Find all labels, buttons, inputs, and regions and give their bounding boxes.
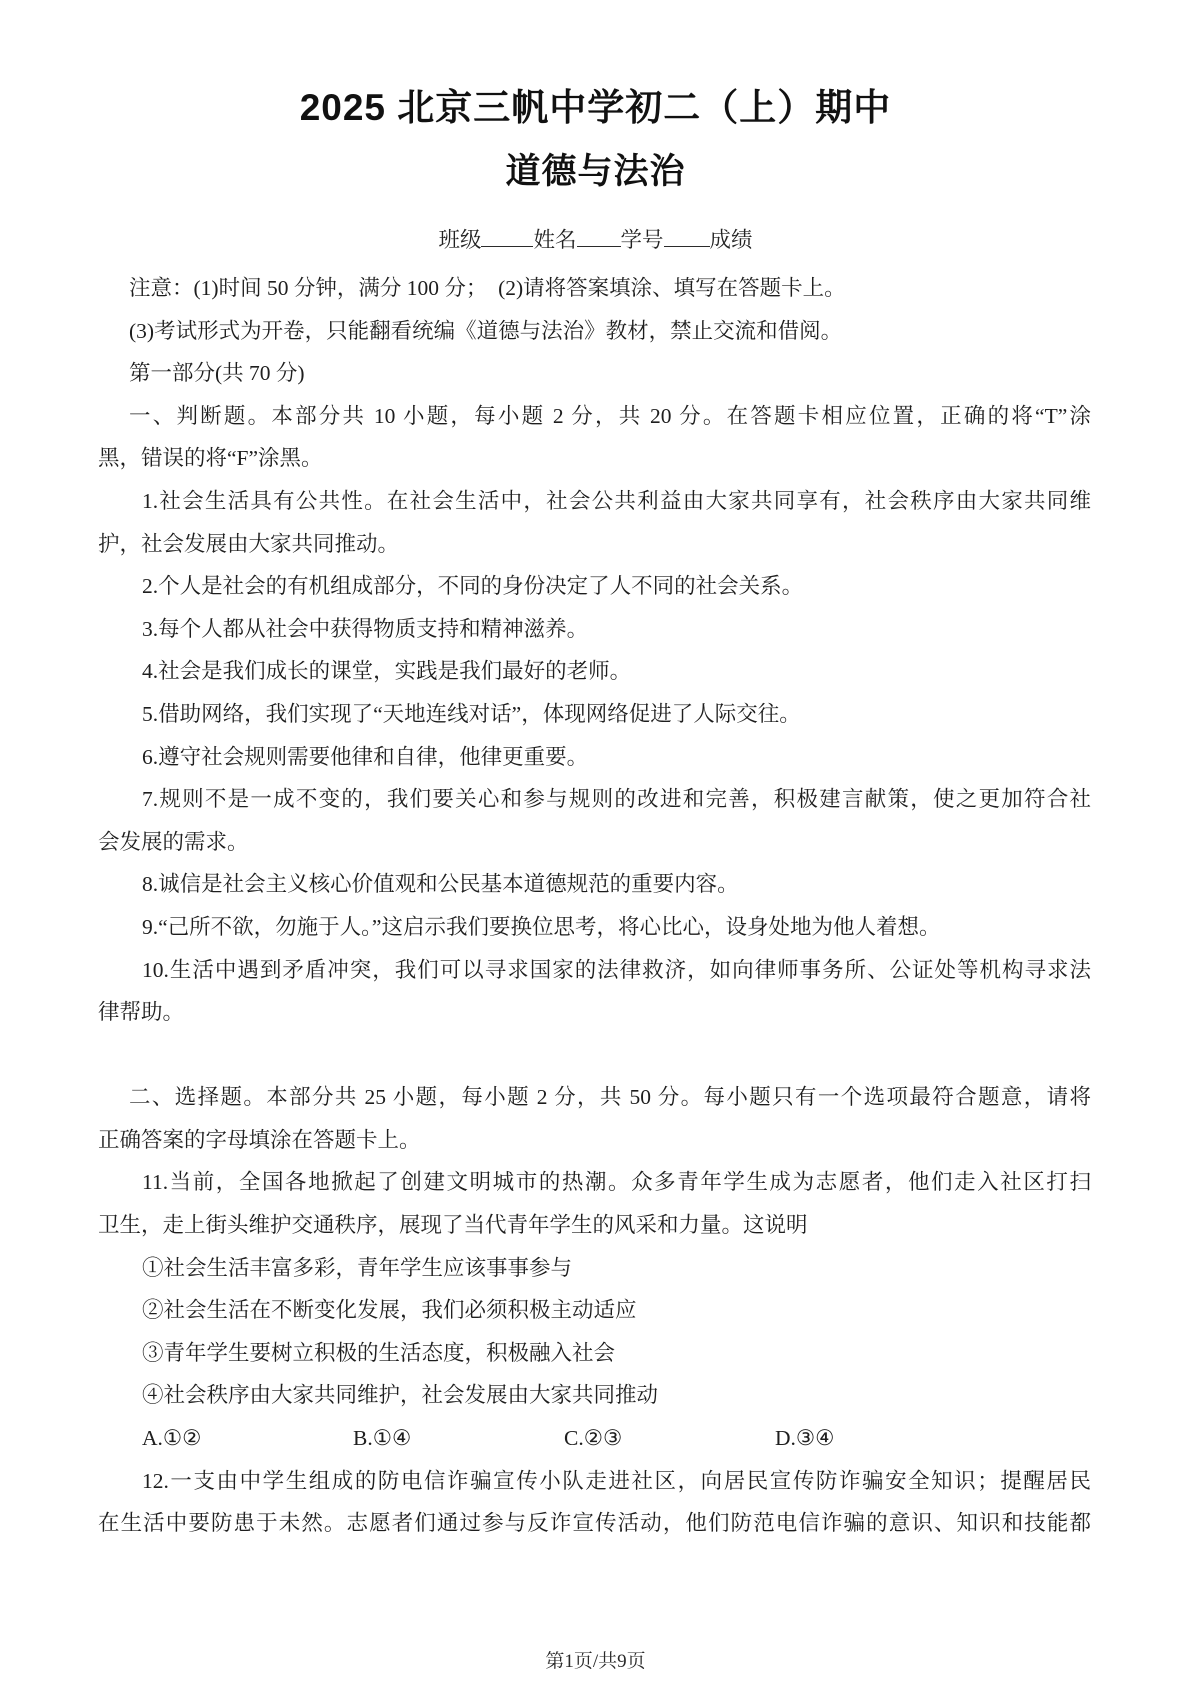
choice-option-a: A.①② — [142, 1417, 353, 1460]
question-4-line: 4.社会是我们成长的课堂，实践是我们最好的老师。 — [98, 650, 1091, 693]
student-id-label: 学号 — [621, 228, 664, 252]
question-12-stem-line: 在生活中要防患于未然。志愿者们通过参与反诈宣传活动，他们防范电信诈骗的意识、知识… — [98, 1502, 1091, 1545]
section2-intro-line: 正确答案的字母填涂在答题卡上。 — [98, 1119, 1091, 1162]
notice-line-2: (3)考试形式为开卷，只能翻看统编《道德与法治》教材，禁止交流和借阅。 — [98, 310, 1091, 353]
question-5-line: 5.借助网络，我们实现了“天地连线对话”，体现网络促进了人际交往。 — [98, 693, 1091, 736]
question-12-stem-line: 12.一支由中学生组成的防电信诈骗宣传小队走进社区，向居民宣传防诈骗安全知识；提… — [98, 1460, 1091, 1503]
part1-heading: 第一部分(共 70 分) — [98, 352, 1091, 395]
exam-subject: 道德与法治 — [0, 150, 1191, 194]
question-10-line: 10.生活中遇到矛盾冲突，我们可以寻求国家的法律救济，如向律师事务所、公证处等机… — [98, 949, 1091, 992]
question-9-line: 9.“己所不欲，勿施于人。”这启示我们要换位思考，将心比心，设身处地为他人着想。 — [98, 906, 1091, 949]
question-11-statement-2: ②社会生活在不断变化发展，我们必须积极主动适应 — [98, 1289, 1091, 1332]
class-blank-field — [481, 228, 533, 247]
section2-intro-line: 二、选择题。本部分共 25 小题，每小题 2 分，共 50 分。每小题只有一个选… — [98, 1076, 1091, 1119]
exam-title: 2025 北京三帆中学初二（上）期中 — [0, 86, 1191, 130]
question-1-line: 护，社会发展由大家共同推动。 — [98, 523, 1091, 566]
choice-option-b: B.①④ — [353, 1417, 564, 1460]
blank-line — [98, 1034, 1091, 1077]
question-8-line: 8.诚信是社会主义核心价值观和公民基本道德规范的重要内容。 — [98, 863, 1091, 906]
notice-line-1: 注意：(1)时间 50 分钟，满分 100 分； (2)请将答案填涂、填写在答题… — [98, 267, 1091, 310]
choice-option-c: C.②③ — [564, 1417, 775, 1460]
section1-intro-line: 一、判断题。本部分共 10 小题，每小题 2 分，共 20 分。在答题卡相应位置… — [98, 395, 1091, 438]
section1-intro-line: 黑，错误的将“F”涂黑。 — [98, 437, 1091, 480]
question-7-line: 会发展的需求。 — [98, 821, 1091, 864]
question-11-statement-4: ④社会秩序由大家共同维护，社会发展由大家共同推动 — [98, 1374, 1091, 1417]
name-blank-field — [577, 228, 621, 247]
page-number: 第1页/共9页 — [0, 1650, 1191, 1674]
score-label: 成绩 — [710, 228, 753, 252]
exam-body: 注意：(1)时间 50 分钟，满分 100 分； (2)请将答案填涂、填写在答题… — [0, 267, 1191, 1545]
name-label: 姓名 — [533, 228, 576, 252]
question-7-line: 7.规则不是一成不变的，我们要关心和参与规则的改进和完善，积极建言献策，使之更加… — [98, 778, 1091, 821]
question-11-statement-1: ①社会生活丰富多彩，青年学生应该事事参与 — [98, 1247, 1091, 1290]
question-2-line: 2.个人是社会的有机组成部分，不同的身份决定了人不同的社会关系。 — [98, 565, 1091, 608]
student-info-row: 班级姓名学号成绩 — [0, 227, 1191, 253]
choice-option-d: D.③④ — [775, 1417, 834, 1460]
question-11-choices-row: A.①② B.①④ C.②③ D.③④ — [98, 1417, 1091, 1460]
exam-paper-page: 2025 北京三帆中学初二（上）期中 道德与法治 班级姓名学号成绩 注意：(1)… — [0, 0, 1191, 1684]
question-6-line: 6.遵守社会规则需要他律和自律，他律更重要。 — [98, 736, 1091, 779]
question-11-stem-line: 11.当前，全国各地掀起了创建文明城市的热潮。众多青年学生成为志愿者，他们走入社… — [98, 1161, 1091, 1204]
question-3-line: 3.每个人都从社会中获得物质支持和精神滋养。 — [98, 608, 1091, 651]
question-1-line: 1.社会生活具有公共性。在社会生活中，社会公共利益由大家共同享有，社会秩序由大家… — [98, 480, 1091, 523]
question-11-statement-3: ③青年学生要树立积极的生活态度，积极融入社会 — [98, 1332, 1091, 1375]
question-10-line: 律帮助。 — [98, 991, 1091, 1034]
class-label: 班级 — [438, 228, 481, 252]
student-id-blank-field — [664, 228, 710, 247]
question-11-stem-line: 卫生，走上街头维护交通秩序，展现了当代青年学生的风采和力量。这说明 — [98, 1204, 1091, 1247]
